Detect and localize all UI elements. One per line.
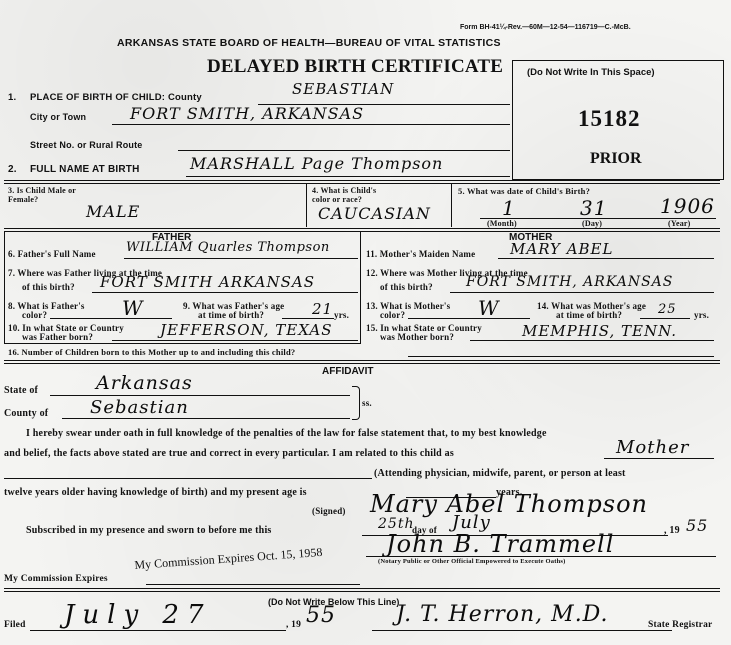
dob-year[interactable]: 1906 <box>660 194 715 218</box>
section-divider-4 <box>4 588 720 592</box>
day-caption: (Day) <box>582 219 602 228</box>
mother-age-label-2: at time of birth? <box>556 310 622 320</box>
filed-date-line <box>30 630 286 631</box>
full-name-value[interactable]: MARSHALL Page Thompson <box>190 154 443 173</box>
mother-color-value[interactable]: W <box>478 296 500 320</box>
birth-certificate: Form BH-41¼-Rev.—60M—12-54—116719—C.-McB… <box>0 0 731 645</box>
father-name-value[interactable]: WILLIAM Quarles Thompson <box>126 240 330 255</box>
commission-line <box>146 584 360 585</box>
filed-year-suffix[interactable]: 55 <box>306 603 336 628</box>
father-color-label-2: color? <box>22 310 47 320</box>
registrar-signature[interactable]: J. T. Herron, M.D. <box>396 602 609 627</box>
city-line <box>112 124 510 125</box>
bracket <box>352 386 360 420</box>
registrar-label: State Registrar <box>648 620 712 630</box>
mother-age-line <box>640 318 690 319</box>
father-name-line <box>124 258 358 259</box>
city-value[interactable]: FORT SMITH, ARKANSAS <box>130 104 364 123</box>
father-birthplace-line <box>112 340 358 341</box>
year-caption: (Year) <box>668 219 691 228</box>
father-birthplace-label-2: was Father born? <box>22 332 93 342</box>
month-caption: (Month) <box>487 219 517 228</box>
mother-birthplace-value[interactable]: MEMPHIS, TENN. <box>522 322 677 340</box>
relation-line <box>604 458 714 459</box>
street-label: Street No. or Rural Route <box>30 140 143 150</box>
affidavit-county-value[interactable]: Sebastian <box>90 397 189 418</box>
dob-label: 5. What was date of Child's Birth? <box>458 186 590 196</box>
mother-birthplace-line <box>470 340 714 341</box>
affidavit-state-label: State of <box>4 385 38 396</box>
county-value[interactable]: SEBASTIAN <box>292 80 394 98</box>
notary-line <box>366 556 716 557</box>
full-name-line <box>186 176 510 177</box>
prior-stamp: PRIOR <box>590 150 642 168</box>
children-count-line <box>408 356 714 357</box>
full-name-label: FULL NAME AT BIRTH <box>30 164 140 175</box>
mother-name-line <box>498 258 714 259</box>
agency-heading: ARKANSAS STATE BOARD OF HEALTH—BUREAU OF… <box>117 37 501 49</box>
mother-birthplace-label-2: was Mother born? <box>380 332 454 342</box>
registrar-line <box>372 630 672 631</box>
mother-residence-value[interactable]: FORT SMITH, ARKANSAS <box>466 274 673 290</box>
father-age-unit: yrs. <box>334 310 349 320</box>
ss-label: ss. <box>362 398 372 408</box>
signed-label: (Signed) <box>312 506 346 516</box>
children-count-label: 16. Number of Children born to this Moth… <box>8 347 295 357</box>
affidavit-state-line <box>50 395 350 396</box>
affidavit-county-label: County of <box>4 408 48 419</box>
father-age-line <box>282 318 334 319</box>
affidavit-heading: AFFIDAVIT <box>322 366 373 377</box>
document-title: DELAYED BIRTH CERTIFICATE <box>207 56 503 78</box>
mother-age-value[interactable]: 25 <box>658 302 677 317</box>
mother-color-line <box>408 318 530 319</box>
divider-3-4 <box>306 184 307 227</box>
father-birthplace-value[interactable]: JEFFERSON, TEXAS <box>160 321 333 339</box>
attendant-line <box>4 478 372 479</box>
notary-signature[interactable]: John B. Trammell <box>386 530 614 558</box>
subscribed-year-suffix[interactable]: 55 <box>686 516 708 535</box>
affidavit-county-line <box>62 418 350 419</box>
commission-stamp: My Commission Expires Oct. 15, 1958 <box>134 545 323 573</box>
sex-value[interactable]: MALE <box>86 202 140 221</box>
relation-value[interactable]: Mother <box>616 437 689 458</box>
father-residence-value[interactable]: FORT SMITH ARKANSAS <box>100 273 315 291</box>
race-value[interactable]: CAUCASIAN <box>318 204 431 223</box>
mother-residence-label-2: of this birth? <box>380 282 433 292</box>
oath-line-4: twelve years older having knowledge of b… <box>4 487 307 498</box>
section-divider-1 <box>4 180 720 184</box>
father-residence-line <box>92 292 358 293</box>
mother-color-label-1: 13. What is Mother's <box>366 301 450 311</box>
office-use-caption: (Do Not Write In This Space) <box>527 67 655 78</box>
father-color-line <box>50 318 172 319</box>
filed-year-prefix: , 19 <box>286 620 301 630</box>
affiant-signature[interactable]: Mary Abel Thompson <box>370 490 648 518</box>
oath-line-2: and belief, the facts above stated are t… <box>4 448 454 459</box>
subscribed-label: Subscribed in my presence and sworn to b… <box>26 525 272 536</box>
mother-residence-line <box>450 292 714 293</box>
filed-date[interactable]: July 27 <box>64 600 212 630</box>
mother-name-value[interactable]: MARY ABEL <box>510 240 613 258</box>
dob-month[interactable]: 1 <box>502 196 516 220</box>
mother-name-label: 11. Mother's Maiden Name <box>366 249 475 259</box>
oath-line-1: I hereby swear under oath in full knowle… <box>26 428 547 439</box>
father-name-label: 6. Father's Full Name <box>8 249 96 259</box>
subscribed-year-prefix: , 19 <box>664 525 680 536</box>
county-label: PLACE OF BIRTH OF CHILD: County <box>30 92 202 103</box>
sex-label: 3. Is Child Male or Female? <box>8 186 88 204</box>
certificate-number: 15182 <box>578 106 641 132</box>
father-residence-label-2: of this birth? <box>22 282 75 292</box>
mother-age-unit: yrs. <box>694 310 709 320</box>
notary-caption: (Notary Public or Other Official Empower… <box>378 558 565 565</box>
commission-label: My Commission Expires <box>4 574 108 584</box>
father-age-value[interactable]: 21 <box>312 300 333 318</box>
oath-line-3: (Attending physician, midwife, parent, o… <box>374 468 626 479</box>
section-divider-3 <box>4 360 720 364</box>
father-age-label-2: at time of birth? <box>198 310 264 320</box>
dob-day[interactable]: 31 <box>580 196 607 220</box>
form-number: Form BH-41¼-Rev.—60M—12-54—116719—C.-McB… <box>460 24 631 31</box>
father-color-value[interactable]: W <box>122 296 144 320</box>
item-number-2: 2. <box>8 164 17 175</box>
divider-4-5 <box>451 184 452 227</box>
street-line <box>178 150 510 151</box>
affidavit-state-value[interactable]: Arkansas <box>96 372 193 394</box>
city-label: City or Town <box>30 112 86 122</box>
mother-color-label-2: color? <box>380 310 405 320</box>
filed-label: Filed <box>4 620 26 630</box>
race-label: 4. What is Child's color or race? <box>312 186 390 204</box>
item-number-1: 1. <box>8 92 16 103</box>
